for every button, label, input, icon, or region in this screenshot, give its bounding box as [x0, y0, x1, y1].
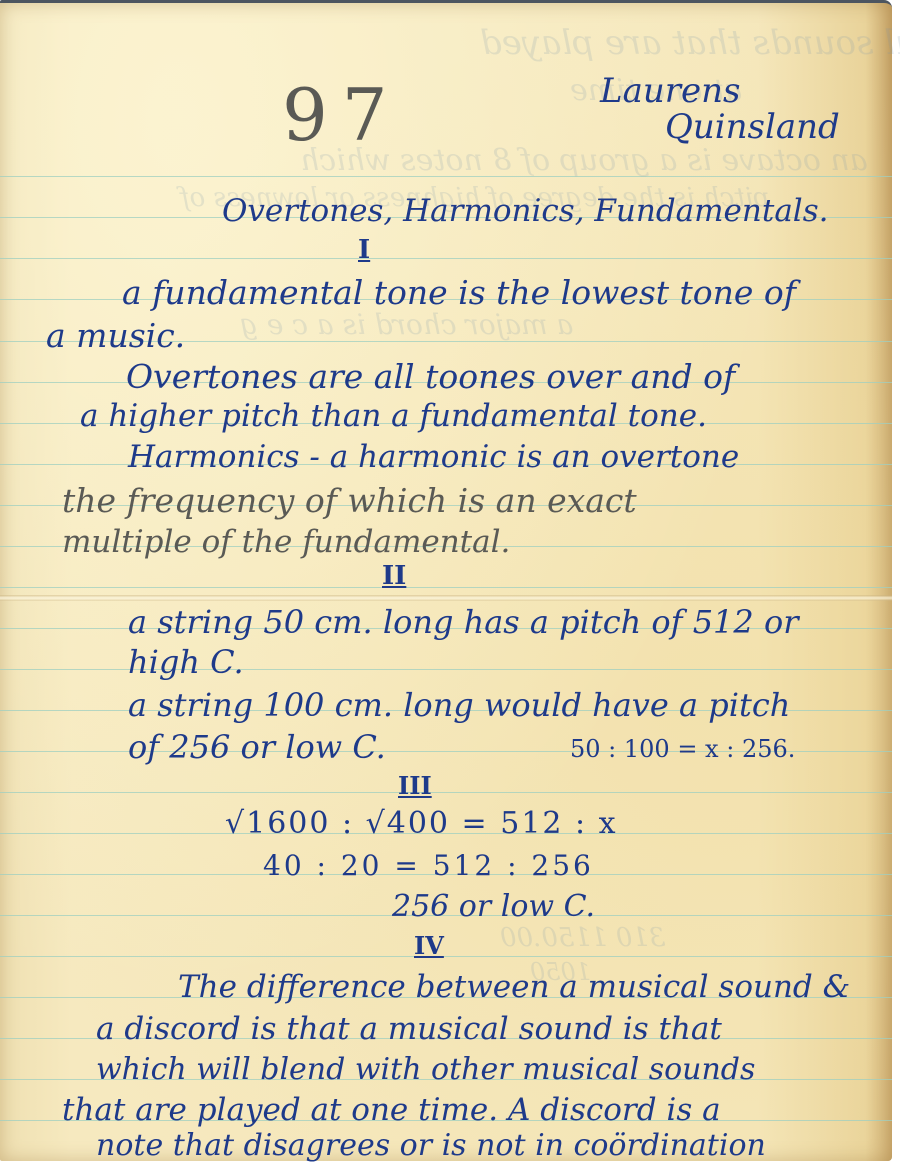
- section-numeral: IV: [414, 931, 444, 960]
- text-line: Harmonics - a harmonic is an overtone: [128, 439, 739, 475]
- bleed-through-text: 310 1150.00: [500, 923, 665, 953]
- equation-result: 256 or low C.: [392, 889, 595, 924]
- ruled-line: [0, 587, 892, 588]
- text-line: note that disagrees or is not in coördin…: [96, 1128, 766, 1163]
- page-title: Overtones, Harmonics, Fundamentals.: [222, 193, 828, 229]
- author-first-name: Laurens: [600, 71, 740, 111]
- text-line: of 256 or low C.: [128, 728, 386, 766]
- text-line: high C.: [128, 643, 244, 681]
- text-line: a discord is that a musical sound is tha…: [96, 1011, 722, 1047]
- text-line: a music.: [46, 316, 185, 355]
- text-line: The difference between a musical sound &: [178, 969, 850, 1005]
- text-line: a string 100 cm. long would have a pitch: [128, 686, 790, 724]
- author-last-name: Quinsland: [665, 107, 840, 147]
- pencil-page-number: 97: [282, 73, 402, 157]
- text-line: a higher pitch than a fundamental tone.: [80, 398, 707, 434]
- notebook-page: with other musical sounds that are playe…: [0, 0, 892, 1161]
- ruled-line: [0, 956, 892, 957]
- text-line: which will blend with other musical soun…: [96, 1052, 755, 1087]
- bleed-through-text: with other musical sounds that are playe…: [480, 23, 900, 63]
- paper-fold-crease: [0, 595, 892, 601]
- equation-line: 40 : 20 = 512 : 256: [263, 849, 594, 882]
- pencil-text-line: the frequency of which is an exact: [62, 481, 637, 520]
- text-line: a string 50 cm. long has a pitch of 512 …: [128, 603, 799, 641]
- pencil-text-line: multiple of the fundamental.: [62, 524, 510, 560]
- section-numeral: I: [358, 235, 370, 265]
- text-line: Overtones are all toones over and of: [126, 357, 735, 396]
- bleed-through-text: a major chord is a c e g: [240, 308, 573, 341]
- ruled-line: [0, 258, 892, 259]
- equation-line: √1600 : √400 = 512 : x: [225, 806, 618, 841]
- text-line: that are played at one time. A discord i…: [62, 1092, 721, 1128]
- ruled-line: [0, 792, 892, 793]
- section-numeral: II: [382, 561, 406, 591]
- ratio-equation: 50 : 100 = x : 256.: [570, 735, 795, 763]
- section-numeral: III: [398, 771, 432, 800]
- text-line: a fundamental tone is the lowest tone of: [122, 273, 796, 312]
